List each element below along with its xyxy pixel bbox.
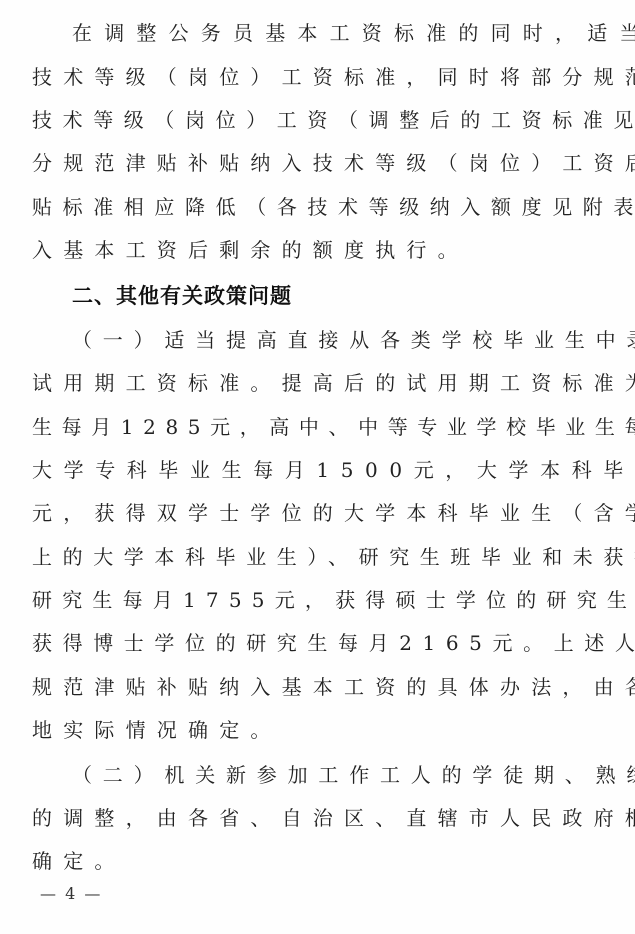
paragraph-3-line-3: 确定。: [32, 846, 616, 876]
paragraph-3-line-1: （二）机关新参加工作工人的学徒期、熟练期工资待遇: [72, 760, 616, 790]
paragraph-1-line-4: 分规范津贴补贴纳入技术等级（岗位）工资后，规范津贴补: [32, 148, 616, 178]
paragraph-2-line-5: 元，获得双学士学位的大学本科毕业生（含学制为六年以: [32, 498, 616, 528]
paragraph-2-line-10: 地实际情况确定。: [32, 715, 616, 745]
page-number: — 4 —: [40, 882, 102, 906]
paragraph-1-line-3: 技术等级（岗位）工资（调整后的工资标准见附表2）。将部: [32, 105, 616, 135]
paragraph-1-line-5: 贴标准相应降低（各技术等级纳入额度见附表3），严格按纳: [32, 192, 616, 222]
paragraph-2-line-6: 上的大学本科毕业生）、研究生班毕业和未获得硕士学位的: [32, 542, 616, 572]
section-heading: 二、其他有关政策问题: [72, 281, 292, 311]
paragraph-2-line-7: 研究生每月1755元，获得硕士学位的研究生每月1960元，: [32, 585, 616, 615]
paragraph-1-line-6: 入基本工资后剩余的额度执行。: [32, 235, 616, 265]
paragraph-2-line-8: 获得博士学位的研究生每月2165元。上述人员相应将部分: [32, 628, 616, 658]
paragraph-2-line-4: 大学专科毕业生每月1500元，大学本科毕业生每月1610: [32, 455, 616, 485]
paragraph-2-line-9: 规范津贴补贴纳入基本工资的具体办法，由各地区结合当: [32, 672, 616, 702]
paragraph-1-line-2: 技术等级（岗位）工资标准，同时将部分规范津贴补贴纳入: [32, 62, 616, 92]
paragraph-3-line-2: 的调整，由各省、自治区、直辖市人民政府根据实际情况: [32, 803, 616, 833]
paragraph-1-line-1: 在调整公务员基本工资标准的同时，适当调整机关工人: [72, 18, 616, 48]
paragraph-2-line-3: 生每月1285元，高中、中等专业学校毕业生每月1320元，: [32, 412, 616, 442]
document-page: 在调整公务员基本工资标准的同时，适当调整机关工人 技术等级（岗位）工资标准，同时…: [0, 0, 635, 934]
paragraph-2-line-1: （一）适当提高直接从各类学校毕业生中录用的公务员: [72, 325, 616, 355]
paragraph-2-line-2: 试用期工资标准。提高后的试用期工资标准为，初中毕业: [32, 368, 616, 398]
